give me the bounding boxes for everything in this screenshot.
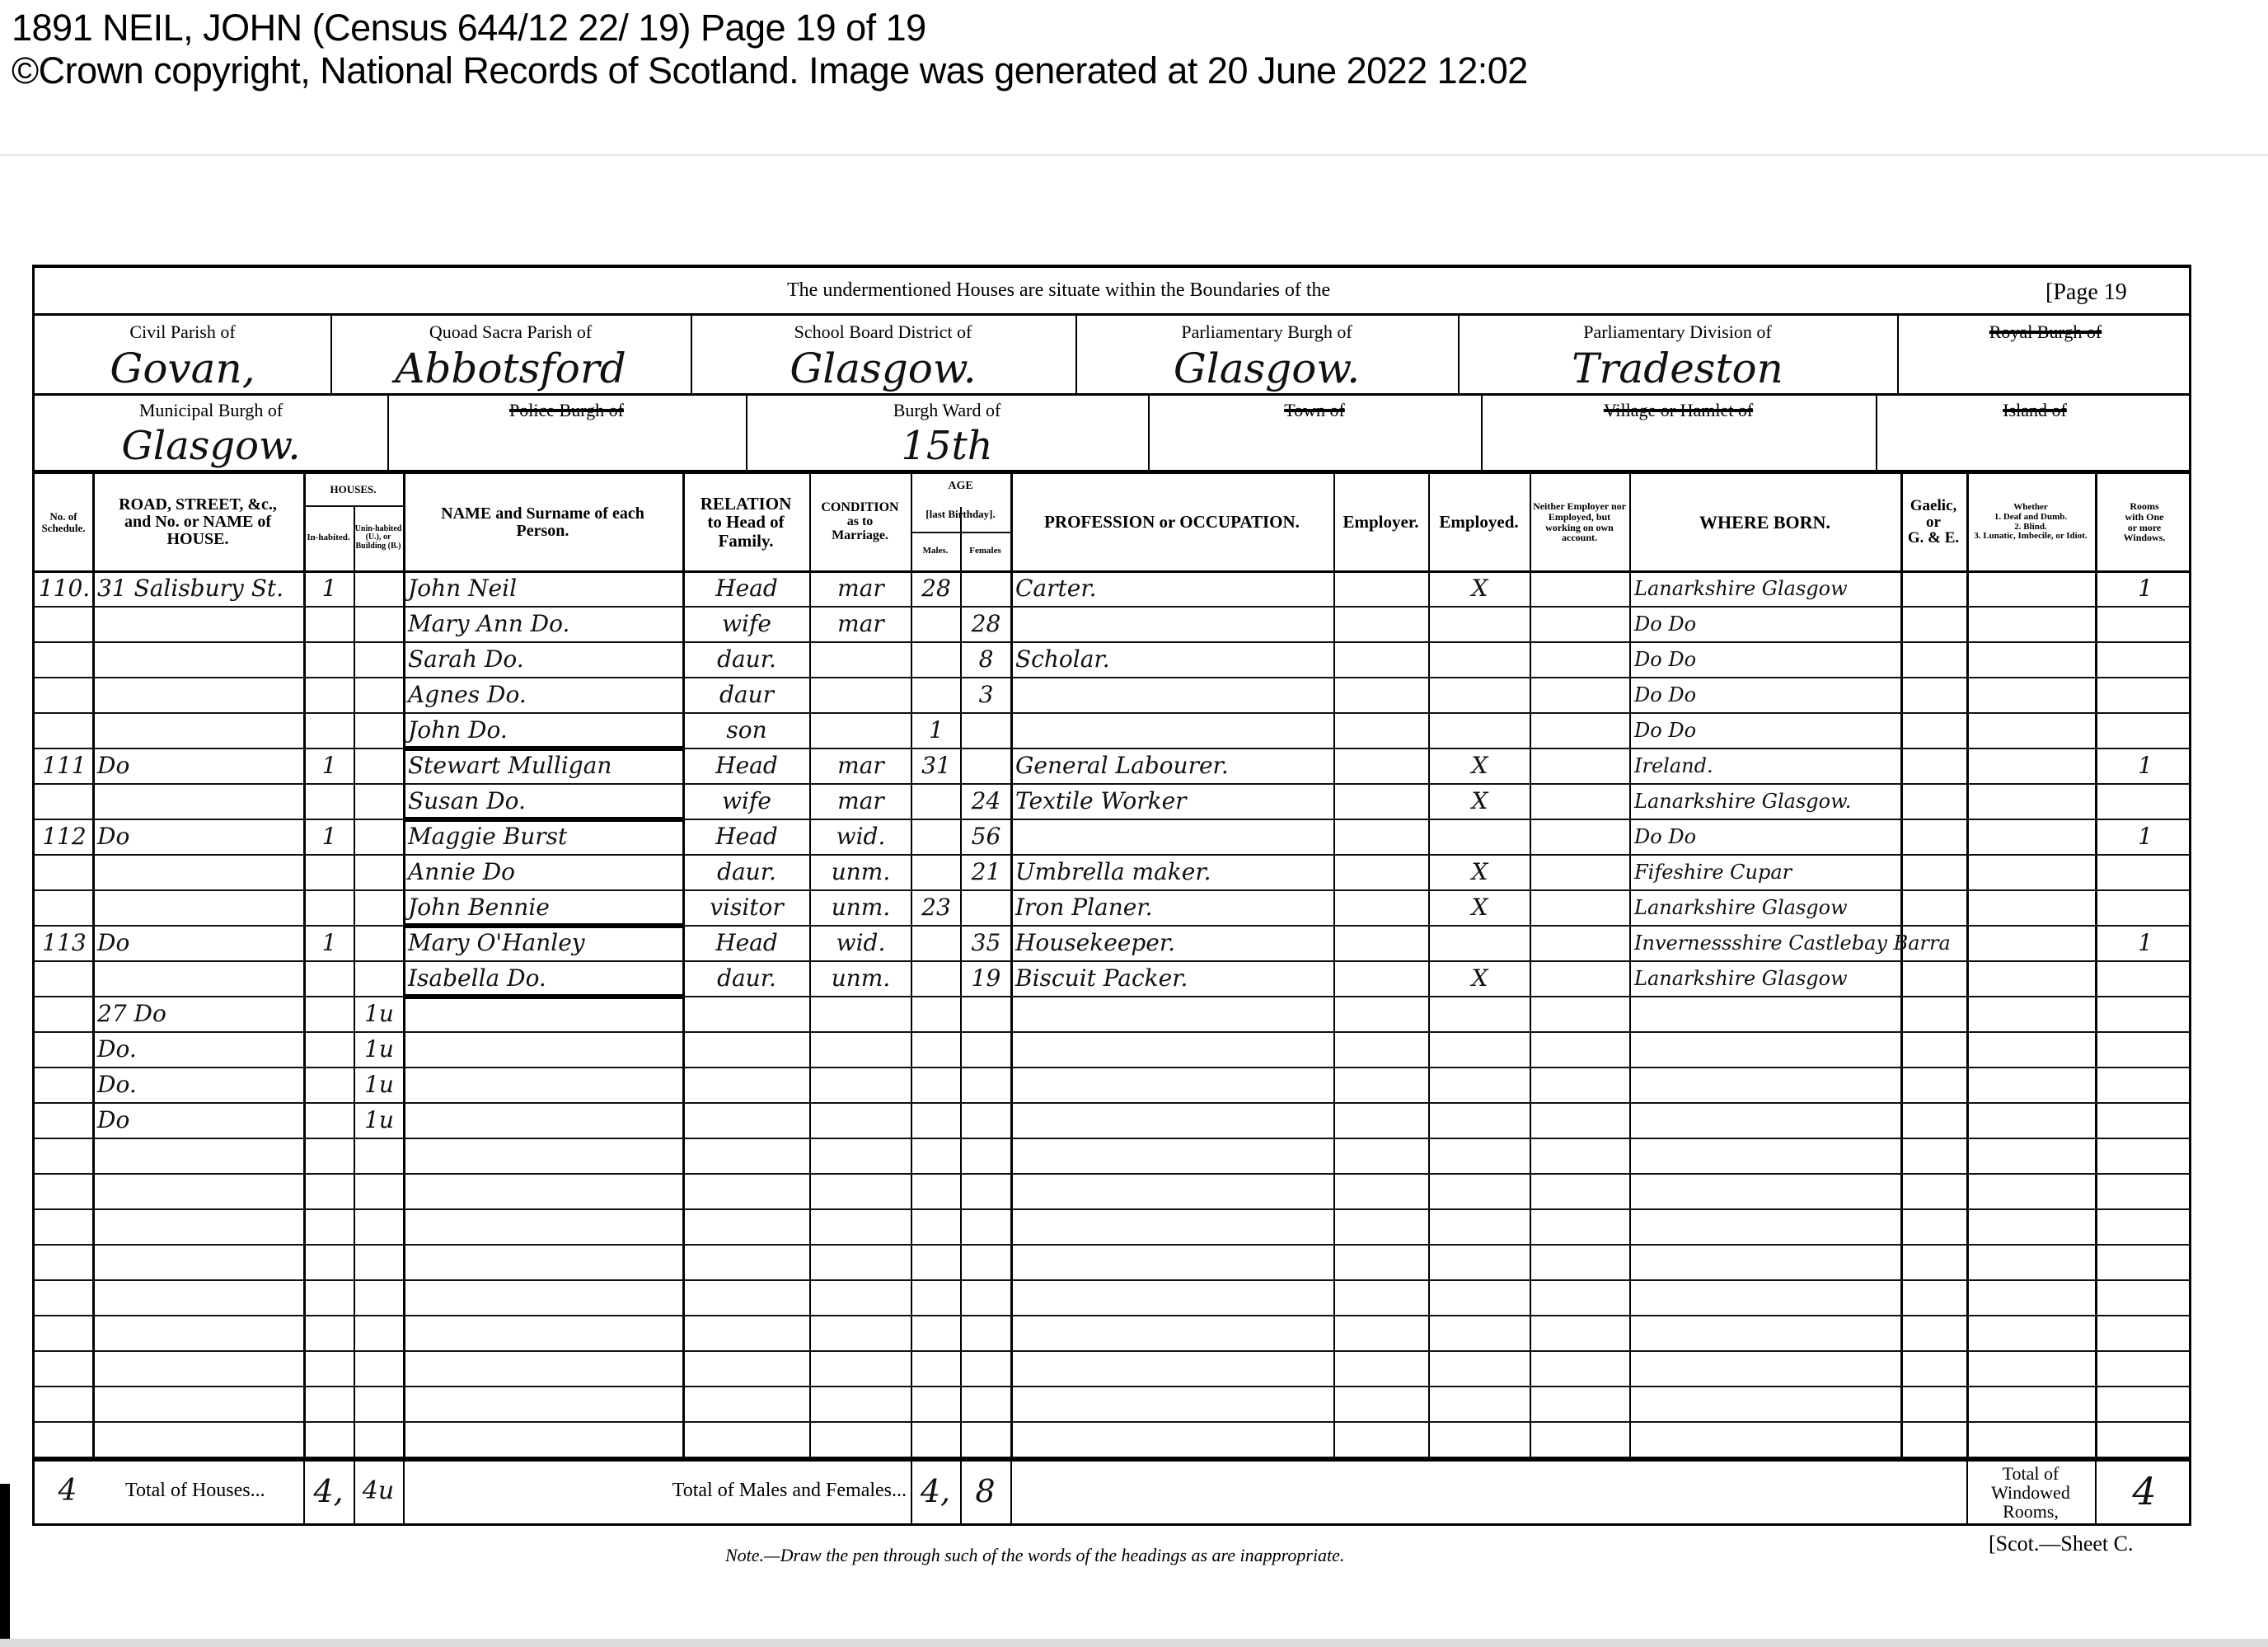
road-cell <box>97 641 300 677</box>
name-cell: Sarah Do. <box>408 641 679 677</box>
occupation-cell <box>1015 819 1330 854</box>
household-separator <box>403 923 682 928</box>
column-header: CONDITIONas toMarriage. <box>809 474 911 570</box>
column-header-line: with One <box>2125 512 2163 523</box>
schedule-cell <box>40 1031 89 1067</box>
male-age-cell <box>916 606 957 641</box>
relation-cell: daur. <box>687 641 806 677</box>
rooms-cell <box>2100 996 2191 1031</box>
page-label: [Page 19 <box>2045 279 2127 306</box>
boundary-field: Burgh Ward of15th <box>746 393 1148 470</box>
condition-cell <box>814 712 907 748</box>
inhabited-cell <box>308 677 350 712</box>
rule <box>387 393 389 470</box>
occupation-cell <box>1015 606 1330 641</box>
boundary-label: Parliamentary Division of <box>1458 321 1897 343</box>
column-header-line: and No. or NAME of <box>124 514 271 531</box>
road-cell: 31 Salisbury St. <box>97 570 300 606</box>
male-age-cell <box>916 783 957 819</box>
name-cell: Stewart Mulligan <box>408 748 679 783</box>
schedule-cell <box>40 960 89 996</box>
table-row: Sarah Do.daur.8Scholar.Do Do <box>35 641 2189 677</box>
schedule-cell <box>40 606 89 641</box>
male-age-cell: 1 <box>916 712 957 748</box>
household-separator <box>403 817 682 822</box>
boundary-label: Police Burgh of <box>387 400 746 421</box>
relation-cell: Head <box>687 925 806 960</box>
table-row: 113Do1Mary O'HanleyHeadwid.35Housekeeper… <box>35 925 2189 960</box>
road-cell: Do. <box>97 1067 300 1102</box>
boundary-value: Glasgow. <box>691 345 1075 392</box>
schedule-cell <box>40 854 89 889</box>
boundary-field: Village or Hamlet of <box>1481 393 1876 470</box>
employed-cell <box>1433 996 1526 1031</box>
where-born-cell: Ireland. <box>1634 748 1897 783</box>
column-header-line: Family. <box>718 532 773 550</box>
column-header-line: Gaelic, <box>1910 498 1956 514</box>
male-age-cell <box>916 819 957 854</box>
where-born-cell: Lanarkshire Glasgow. <box>1634 783 1897 819</box>
schedule-cell <box>40 677 89 712</box>
rule <box>1897 313 1899 393</box>
rooms-cell: 1 <box>2100 748 2191 783</box>
schedule-cell <box>40 783 89 819</box>
inhabited-cell <box>308 889 350 925</box>
inhabited-cell: 1 <box>308 748 350 783</box>
boundary-value: Glasgow. <box>35 423 387 469</box>
uninhabited-cell: 1u <box>358 996 400 1031</box>
relation-cell: wife <box>687 783 806 819</box>
relation-cell: daur. <box>687 854 806 889</box>
intro-text: The undermentioned Houses are situate wi… <box>787 279 1330 302</box>
condition-cell <box>814 1031 907 1067</box>
inhabited-cell <box>308 1102 350 1138</box>
boundary-label: Village or Hamlet of <box>1481 400 1876 421</box>
name-cell: Agnes Do. <box>408 677 679 712</box>
column-header: AGE <box>911 474 1010 499</box>
table-row: Annie Dodaur.unm.21Umbrella maker.XFifes… <box>35 854 2189 889</box>
female-age-cell <box>965 1102 1007 1138</box>
employed-cell: X <box>1433 748 1526 783</box>
condition-cell <box>814 641 907 677</box>
boundary-label: Island of <box>1876 400 2194 421</box>
column-header-line: Marriage. <box>832 529 888 543</box>
where-born-cell: Do Do <box>1634 819 1897 854</box>
occupation-cell: Textile Worker <box>1015 783 1330 819</box>
where-born-cell <box>1634 1031 1897 1067</box>
road-cell <box>97 889 300 925</box>
relation-cell <box>687 1102 806 1138</box>
boundary-field: Royal Burgh of <box>1897 313 2194 393</box>
where-born-cell <box>1634 1067 1897 1102</box>
uninhabited-cell <box>358 606 400 641</box>
column-header: RELATIONto Head ofFamily. <box>682 474 809 570</box>
row-rule <box>35 1208 2189 1210</box>
inhabited-cell <box>308 960 350 996</box>
occupation-cell <box>1015 1031 1330 1067</box>
rooms-cell <box>2100 960 2191 996</box>
boundary-field: Parliamentary Division ofTradeston <box>1458 313 1897 393</box>
table-row: Susan Do.wifemar24Textile WorkerXLanarks… <box>35 783 2189 819</box>
employed-cell <box>1433 677 1526 712</box>
table-row: 112Do1Maggie BurstHeadwid.56Do Do1 <box>35 819 2189 854</box>
column-header: HOUSES. <box>303 474 403 505</box>
rooms-cell <box>2100 641 2191 677</box>
name-cell: John Neil <box>408 570 679 606</box>
inhabited-cell: 1 <box>308 570 350 606</box>
total-uninhabited: 4u <box>354 1457 403 1524</box>
inhabited-cell <box>308 1067 350 1102</box>
condition-cell: mar <box>814 606 907 641</box>
relation-cell: daur. <box>687 960 806 996</box>
table-row: John Do.son1Do Do <box>35 712 2189 748</box>
road-cell: Do <box>97 748 300 783</box>
uninhabited-cell <box>358 712 400 748</box>
column-header-line: ROAD, STREET, &c., <box>119 496 277 514</box>
female-age-cell <box>965 712 1007 748</box>
column-rule <box>960 1457 962 1524</box>
where-born-cell: Lanarkshire Glasgow <box>1634 960 1897 996</box>
female-age-cell <box>965 1031 1007 1067</box>
name-cell: John Do. <box>408 712 679 748</box>
name-cell: Maggie Burst <box>408 819 679 854</box>
boundary-label: School Board District of <box>691 321 1075 343</box>
employed-cell <box>1433 1031 1526 1067</box>
employed-cell <box>1433 925 1526 960</box>
total-schedules: 4 <box>43 1457 92 1524</box>
occupation-cell <box>1015 712 1330 748</box>
where-born-cell: Lanarkshire Glasgow <box>1634 889 1897 925</box>
household-separator <box>403 746 682 751</box>
name-cell: Mary Ann Do. <box>408 606 679 641</box>
table-row: Mary Ann Do.wifemar28Do Do <box>35 606 2189 641</box>
inhabited-cell: 1 <box>308 819 350 854</box>
relation-cell: wife <box>687 606 806 641</box>
column-header: Neither Employer nor Employed, but worki… <box>1530 474 1629 570</box>
inhabited-cell <box>308 641 350 677</box>
male-age-cell <box>916 1031 957 1067</box>
rooms-cell <box>2100 783 2191 819</box>
relation-cell: Head <box>687 748 806 783</box>
boundary-label: Quoad Sacra Parish of <box>330 321 691 343</box>
occupation-cell: General Labourer. <box>1015 748 1330 783</box>
schedule-cell <box>40 712 89 748</box>
inhabited-cell <box>308 854 350 889</box>
relation-cell <box>687 1067 806 1102</box>
road-cell <box>97 854 300 889</box>
male-age-cell <box>916 854 957 889</box>
rule <box>1458 313 1460 393</box>
schedule-cell <box>40 1102 89 1138</box>
scan-edge <box>0 1484 10 1639</box>
name-cell: Susan Do. <box>408 783 679 819</box>
where-born-cell <box>1634 996 1897 1031</box>
column-header-line: or <box>1926 514 1941 531</box>
rule <box>303 505 403 507</box>
female-age-cell: 3 <box>965 677 1007 712</box>
boundary-field: Civil Parish ofGovan, <box>35 313 330 393</box>
rooms-cell <box>2100 712 2191 748</box>
female-age-cell <box>965 748 1007 783</box>
rule <box>1148 393 1150 470</box>
uninhabited-cell: 1u <box>358 1031 400 1067</box>
table-row: Isabella Do.daur.unm.19Biscuit Packer.XL… <box>35 960 2189 996</box>
inhabited-cell <box>308 606 350 641</box>
inhabited-cell <box>308 996 350 1031</box>
female-age-cell <box>965 996 1007 1031</box>
boundary-field: Island of <box>1876 393 2194 470</box>
female-age-cell <box>965 889 1007 925</box>
header-divider <box>0 154 2268 156</box>
row-rule <box>35 1421 2189 1423</box>
where-born-cell: Do Do <box>1634 641 1897 677</box>
page-title: 1891 NEIL, JOHN (Census 644/12 22/ 19) P… <box>12 7 926 49</box>
schedule-cell: 112 <box>40 819 89 854</box>
schedule-cell <box>40 889 89 925</box>
row-rule <box>35 1386 2189 1387</box>
row-rule <box>35 1350 2189 1352</box>
male-age-cell <box>916 677 957 712</box>
column-header-line: NAME and Surname of each <box>441 505 644 523</box>
condition-cell <box>814 1102 907 1138</box>
schedule-cell: 111 <box>40 748 89 783</box>
column-header-line: 3. Lunatic, Imbecile, or Idiot. <box>1974 532 2087 542</box>
uninhabited-cell: 1u <box>358 1067 400 1102</box>
boundary-label: Royal Burgh of <box>1897 321 2194 343</box>
row-rule <box>35 1279 2189 1281</box>
relation-cell: son <box>687 712 806 748</box>
occupation-cell <box>1015 1102 1330 1138</box>
schedule-cell <box>40 641 89 677</box>
female-age-cell: 35 <box>965 925 1007 960</box>
rooms-cell: 1 <box>2100 570 2191 606</box>
boundary-value: Tradeston <box>1458 345 1897 392</box>
boundary-value: Abbotsford <box>330 345 691 392</box>
uninhabited-cell <box>358 819 400 854</box>
where-born-cell: Lanarkshire Glasgow <box>1634 570 1897 606</box>
employed-cell: X <box>1433 960 1526 996</box>
copyright-line: ©Crown copyright, National Records of Sc… <box>12 49 1528 92</box>
column-rule <box>303 1457 305 1524</box>
total-windowed: 4 <box>2095 1457 2194 1524</box>
where-born-cell <box>1634 1102 1897 1138</box>
column-rule <box>2095 1457 2097 1524</box>
male-age-cell <box>916 1102 957 1138</box>
row-rule <box>35 1138 2189 1139</box>
boundary-label: Parliamentary Burgh of <box>1075 321 1458 343</box>
column-header: Roomswith Oneor moreWindows. <box>2095 474 2194 570</box>
column-header: Unin-habited (U.), or Building (B.) <box>354 505 403 570</box>
boundary-label: Municipal Burgh of <box>35 400 387 421</box>
rooms-cell <box>2100 854 2191 889</box>
name-cell: John Bennie <box>408 889 679 925</box>
relation-cell: Head <box>687 570 806 606</box>
condition-cell: unm. <box>814 889 907 925</box>
total-persons-label: Total of Males and Females... <box>630 1457 907 1524</box>
occupation-cell: Biscuit Packer. <box>1015 960 1330 996</box>
sheet-code: [Scot.—Sheet C. <box>1989 1532 2134 1556</box>
boundary-value: Glasgow. <box>1075 345 1458 392</box>
column-header-line: G. & E. <box>1908 530 1959 547</box>
table-row: Do.1u <box>35 1067 2189 1102</box>
column-header: Employed. <box>1428 474 1530 570</box>
female-age-cell: 19 <box>965 960 1007 996</box>
inhabited-cell <box>308 783 350 819</box>
table-row: 111Do1Stewart MulliganHeadmar31General L… <box>35 748 2189 783</box>
uninhabited-cell <box>358 783 400 819</box>
rooms-cell <box>2100 677 2191 712</box>
female-age-cell: 24 <box>965 783 1007 819</box>
uninhabited-cell <box>358 854 400 889</box>
female-age-cell <box>965 1067 1007 1102</box>
name-cell <box>408 1067 679 1102</box>
boundary-field: Police Burgh of <box>387 393 746 470</box>
rule <box>330 313 332 393</box>
column-header-line: Windows. <box>2124 533 2166 543</box>
road-cell: Do <box>97 1102 300 1138</box>
column-rule <box>1966 1457 1968 1524</box>
uninhabited-cell <box>358 960 400 996</box>
condition-cell <box>814 677 907 712</box>
boundary-label: Burgh Ward of <box>746 400 1148 421</box>
column-header: Females <box>960 532 1010 570</box>
column-rule <box>1010 1457 1012 1524</box>
boundary-field: Town of <box>1148 393 1481 470</box>
employed-cell <box>1433 819 1526 854</box>
employed-cell: X <box>1433 783 1526 819</box>
table-row: Agnes Do.daur3Do Do <box>35 677 2189 712</box>
condition-cell: unm. <box>814 960 907 996</box>
occupation-cell: Carter. <box>1015 570 1330 606</box>
census-sheet: The undermentioned Houses are situate wi… <box>32 265 2191 1526</box>
column-header-line: RELATION <box>701 495 791 513</box>
rooms-cell: 1 <box>2100 925 2191 960</box>
column-header: Employer. <box>1333 474 1428 570</box>
name-cell: Annie Do <box>408 854 679 889</box>
table-row: 27 Do1u <box>35 996 2189 1031</box>
column-header-line: HOUSE. <box>166 531 228 548</box>
row-rule <box>35 1315 2189 1316</box>
uninhabited-cell <box>358 889 400 925</box>
occupation-cell <box>1015 996 1330 1031</box>
column-header: Whether1. Deaf and Dumb.2. Blind.3. Luna… <box>1966 474 2095 570</box>
occupation-cell: Scholar. <box>1015 641 1330 677</box>
boundary-value: Govan, <box>35 345 330 392</box>
male-age-cell: 28 <box>916 570 957 606</box>
table-row: Do.1u <box>35 1031 2189 1067</box>
relation-cell <box>687 996 806 1031</box>
column-rule <box>403 1457 405 1524</box>
table-row: John Bennievisitorunm.23Iron Planer.XLan… <box>35 889 2189 925</box>
uninhabited-cell <box>358 925 400 960</box>
inhabited-cell <box>308 1031 350 1067</box>
total-inhabited: 4, <box>303 1457 354 1524</box>
total-males: 4, <box>911 1457 960 1524</box>
condition-cell: wid. <box>814 925 907 960</box>
boundary-field: Quoad Sacra Parish ofAbbotsford <box>330 313 691 393</box>
column-rule <box>354 1457 355 1524</box>
total-females: 8 <box>960 1457 1010 1524</box>
condition-cell: unm. <box>814 854 907 889</box>
schedule-cell <box>40 1067 89 1102</box>
relation-cell: Head <box>687 819 806 854</box>
employed-cell <box>1433 1102 1526 1138</box>
boundary-label: Civil Parish of <box>35 321 330 343</box>
rule <box>1876 393 1877 470</box>
male-age-cell <box>916 925 957 960</box>
uninhabited-cell <box>358 677 400 712</box>
relation-cell <box>687 1031 806 1067</box>
column-rule <box>911 1457 912 1524</box>
employed-cell: X <box>1433 889 1526 925</box>
name-cell: Mary O'Hanley <box>408 925 679 960</box>
male-age-cell <box>916 996 957 1031</box>
column-header-line: as to <box>847 515 874 529</box>
male-age-cell <box>916 1067 957 1102</box>
uninhabited-cell: 1u <box>358 1102 400 1138</box>
condition-cell: mar <box>814 783 907 819</box>
occupation-cell: Umbrella maker. <box>1015 854 1330 889</box>
employed-cell <box>1433 712 1526 748</box>
relation-cell: daur <box>687 677 806 712</box>
rule <box>691 313 692 393</box>
male-age-cell: 23 <box>916 889 957 925</box>
row-rule <box>35 1244 2189 1246</box>
road-cell: Do <box>97 925 300 960</box>
bottom-band <box>0 1639 2268 1647</box>
name-cell <box>408 1031 679 1067</box>
uninhabited-cell <box>358 570 400 606</box>
column-header-line: to Head of <box>707 513 784 531</box>
schedule-cell <box>40 996 89 1031</box>
road-cell <box>97 960 300 996</box>
name-cell <box>408 996 679 1031</box>
rooms-cell <box>2100 889 2191 925</box>
name-cell <box>408 1102 679 1138</box>
road-cell <box>97 783 300 819</box>
uninhabited-cell <box>358 748 400 783</box>
column-header: No. of Schedule. <box>35 474 92 570</box>
female-age-cell: 8 <box>965 641 1007 677</box>
condition-cell: mar <box>814 570 907 606</box>
rooms-cell: 1 <box>2100 819 2191 854</box>
condition-cell <box>814 996 907 1031</box>
where-born-cell: Invernessshire Castlebay Barra <box>1634 925 1897 960</box>
total-windowed-label: Total of Windowed Rooms, <box>1975 1464 2087 1521</box>
household-separator <box>403 994 682 999</box>
female-age-cell <box>965 570 1007 606</box>
column-header: Gaelic,orG. & E. <box>1900 474 1966 570</box>
heading-note: Note.—Draw the pen through such of the w… <box>725 1545 1344 1566</box>
employed-cell <box>1433 606 1526 641</box>
column-header: Males. <box>911 532 960 570</box>
male-age-cell <box>916 960 957 996</box>
road-cell <box>97 677 300 712</box>
boundary-field: Municipal Burgh ofGlasgow. <box>35 393 387 470</box>
condition-cell: mar <box>814 748 907 783</box>
schedule-cell: 110. <box>40 570 89 606</box>
rule <box>1481 393 1483 470</box>
road-cell: 27 Do <box>97 996 300 1031</box>
column-header: PROFESSION or OCCUPATION. <box>1010 474 1333 570</box>
male-age-cell: 31 <box>916 748 957 783</box>
boundary-field: Parliamentary Burgh ofGlasgow. <box>1075 313 1458 393</box>
column-header: In-habited. <box>303 505 354 570</box>
condition-cell <box>814 1067 907 1102</box>
where-born-cell: Do Do <box>1634 712 1897 748</box>
road-cell <box>97 712 300 748</box>
employed-cell <box>1433 1067 1526 1102</box>
